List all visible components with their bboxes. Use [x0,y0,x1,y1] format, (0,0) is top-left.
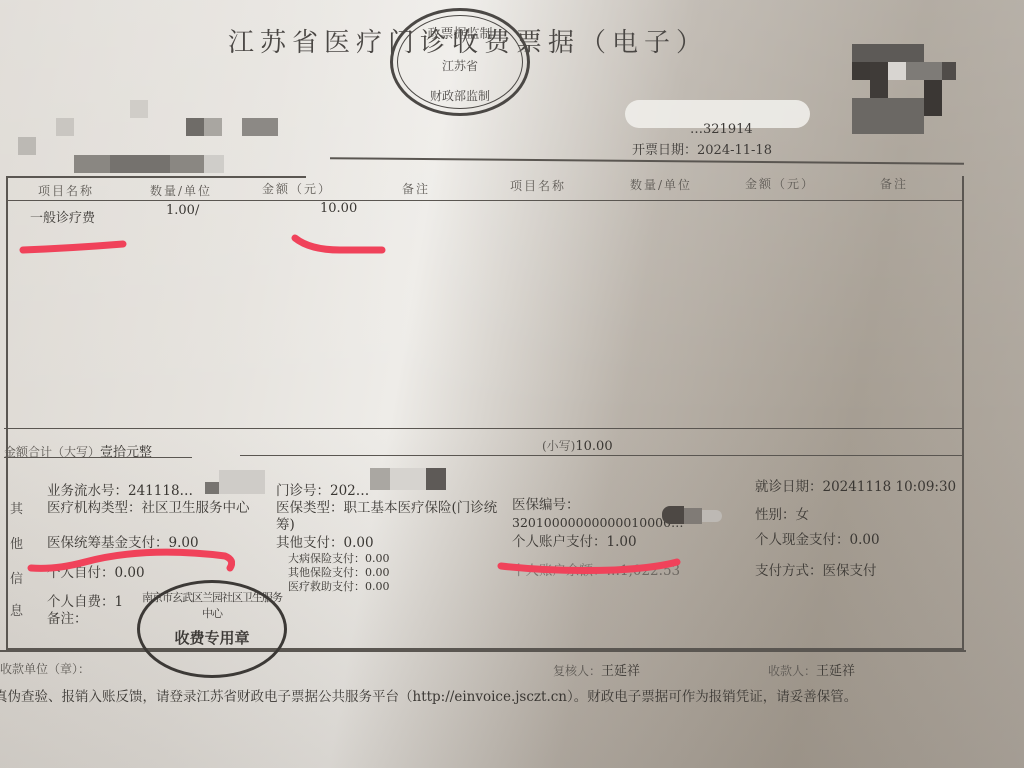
info-visit-date: 就诊日期：20241118 10:09:30 [755,479,956,496]
col-header-remark-right: 备注 [880,175,908,192]
col-header-name-left: 项目名称 [38,182,94,199]
reviewer-label: 复核人： [553,664,601,678]
total-uppercase-label: 金额合计（大写） [4,445,100,459]
table-top-rule-right [330,157,964,165]
total-lowercase-label: (小写) [542,439,575,453]
verification-notice: 真伪查验、报销入账反馈，请登录江苏省财政电子票据公共服务平台（http://ei… [0,685,857,705]
cashier: 收款人：王延祥 [768,660,855,679]
info-other-insurance-payment: 其他保险支付：0.00 [288,566,390,579]
other-info-side-char-1: 其 [10,498,23,517]
col-header-amount-left: 金额（元） [262,180,332,197]
info-other-payment: 其他支付：0.00 [276,535,374,552]
cashier-name: 王延祥 [816,664,855,679]
totals-rule [4,428,964,429]
totals-bottom-rule-right [240,455,964,456]
payee-seal-center-text: 收费专用章 [140,627,284,648]
invoice-number: …321914 [690,122,753,137]
redacted-serial-mosaic [205,470,265,496]
total-lowercase-value: 10.00 [575,439,612,454]
cashier-label: 收款人： [768,664,816,678]
table-top-rule [6,176,306,178]
info-critical-illness-payment: 大病保险支付：0.00 [288,552,390,565]
issue-date-label: 开票日期： [632,143,697,158]
info-remark: 备注： [47,611,88,628]
col-header-remark-left: 备注 [402,180,430,197]
col-header-qty-left: 数量/单位 [150,182,212,199]
info-insurance-type: 医保类型：职工基本医疗保险(门诊统筹) [276,500,506,534]
red-underline-fund-payment [25,540,235,580]
payee-unit-seal: 南京市玄武区兰园社区卫生服务中心 收费专用章 [137,580,287,678]
info-self-expense: 个人自费：1 [47,594,123,611]
other-info-side-char-3: 信 [10,568,23,587]
total-lowercase: (小写)10.00 [542,437,613,454]
item-quantity-unit: 1.00/ [166,203,199,218]
redacted-payer-mosaic [0,100,340,180]
info-insurance-number: 医保编号： [512,497,580,514]
red-underline-personal-account [495,554,685,578]
total-uppercase: 金额合计（大写）壹拾元整 [4,441,152,460]
info-personal-account-payment: 个人账户支付：1.00 [512,534,637,551]
finance-supervision-seal: 政票据监制 江苏省 财政部监制 [390,8,530,116]
info-outpatient-number: 门诊号：202… [276,483,369,500]
item-amount: 10.00 [320,201,357,216]
col-header-qty-right: 数量/单位 [630,176,692,193]
info-medical-aid-payment: 医疗救助支付：0.00 [288,580,390,593]
info-institution-type: 医疗机构类型：社区卫生服务中心 [47,500,277,517]
info-cash-payment: 个人现金支付：0.00 [755,532,880,549]
payee-unit-label: 收款单位（章）： [0,660,90,677]
red-underline-item-amount [290,232,390,258]
col-header-amount-right: 金额（元） [745,175,815,192]
info-serial-number: 业务流水号：241118… [47,483,193,500]
issue-date-value: 2024-11-18 [697,143,772,158]
info-insurance-number-value: 32010000000000010000… [512,514,684,531]
seal-middle-text: 江苏省 [393,57,527,74]
total-uppercase-value: 壹拾元整 [100,445,152,460]
payee-seal-arc-text: 南京市玄武区兰园社区卫生服务中心 [140,589,284,621]
red-underline-item-name [18,238,130,258]
col-header-name-right: 项目名称 [510,177,566,194]
table-header-rule [8,200,962,201]
redacted-qr-code [852,44,972,154]
seal-bottom-text: 财政部监制 [393,87,527,104]
issue-date: 开票日期：2024-11-18 [632,139,772,158]
seal-top-text: 政票据监制 [393,23,527,42]
other-info-side-char-2: 他 [10,533,23,552]
redacted-insurance-number-mosaic [662,506,726,528]
other-info-side-char-4: 息 [10,600,23,619]
redacted-outpatient-mosaic [370,468,450,496]
reviewer-name: 王延祥 [601,664,640,679]
info-gender: 性别：女 [755,507,809,524]
info-payment-method: 支付方式：医保支付 [755,563,877,580]
item-name: 一般诊疗费 [30,207,95,226]
reviewer: 复核人：王延祥 [553,660,640,679]
